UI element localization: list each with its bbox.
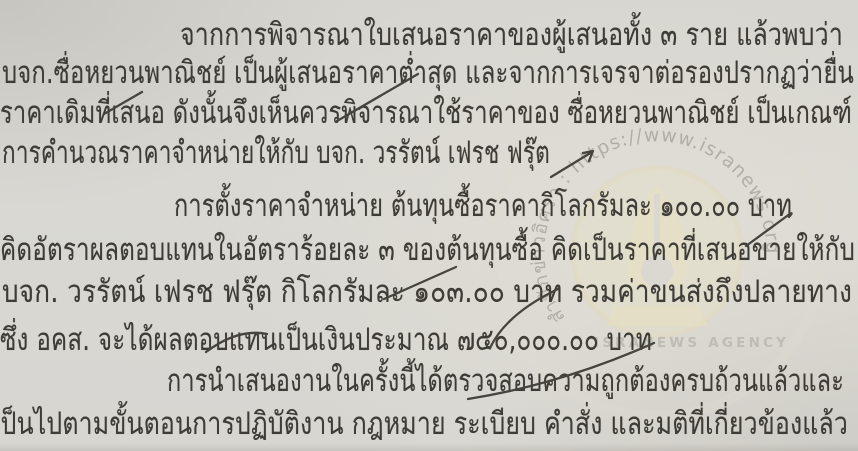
pen-stroke xyxy=(490,289,558,348)
pen-stroke xyxy=(746,213,792,246)
pen-stroke xyxy=(384,267,456,299)
pen-stroke xyxy=(337,74,418,121)
pen-stroke xyxy=(206,333,267,352)
pen-stroke xyxy=(468,343,654,399)
pen-marks-layer xyxy=(0,0,858,451)
pen-stroke xyxy=(104,92,142,114)
scanned-document-page: สำนักข่าวอิศรา : https://www.isranews.or… xyxy=(0,0,858,451)
pen-stroke-arrow xyxy=(551,151,593,177)
